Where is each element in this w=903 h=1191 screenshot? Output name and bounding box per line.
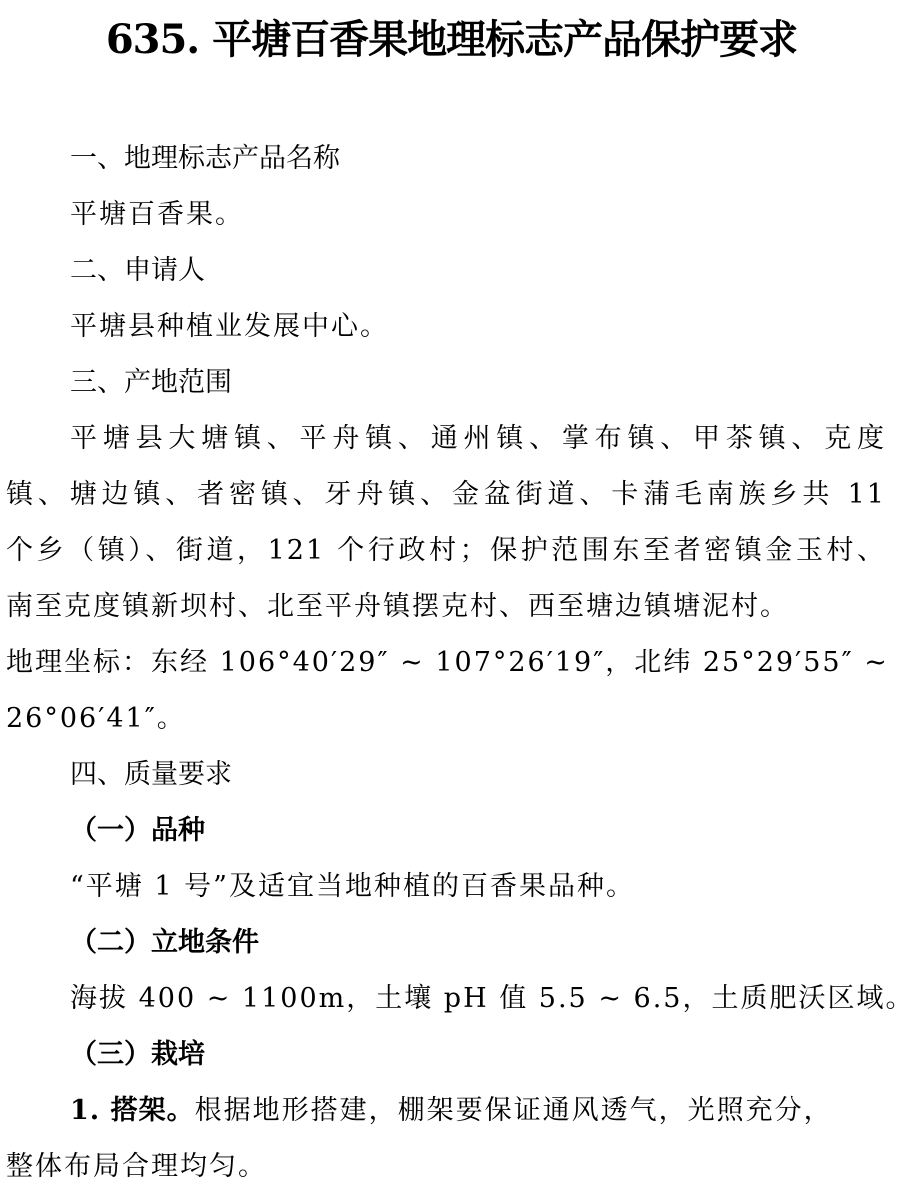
origin-area-line: 南至克度镇新坝村、北至平舟镇摆克村、西至塘边镇塘泥村。 bbox=[6, 587, 789, 627]
origin-area-line: 镇、塘边镇、者密镇、牙舟镇、金盆街道、卡蒲毛南族乡共 11 bbox=[6, 475, 886, 515]
section-body-product-name: 平塘百香果。 bbox=[70, 195, 244, 235]
origin-area-line: 平塘县大塘镇、平舟镇、通州镇、掌布镇、甲茶镇、克度 bbox=[70, 419, 886, 459]
document-title: 635. 平塘百香果地理标志产品保护要求 bbox=[0, 12, 903, 68]
subsection-heading-variety: （一）品种 bbox=[70, 811, 205, 851]
cultivation-item-text: 根据地形搭建，棚架要保证通风透气，光照充分， bbox=[195, 1095, 833, 1126]
subsection-body-variety: “平塘 1 号”及适宜当地种植的百香果品种。 bbox=[70, 867, 635, 907]
section-heading-product-name: 一、地理标志产品名称 bbox=[70, 139, 340, 179]
coordinates-line: 26°06′41″。 bbox=[6, 699, 186, 739]
section-heading-origin-area: 三、产地范围 bbox=[70, 363, 232, 403]
cultivation-item-trellis: 1. 搭架。根据地形搭建，棚架要保证通风透气，光照充分， bbox=[70, 1091, 896, 1131]
subsection-body-site-conditions: 海拔 400 ~ 1100m，土壤 pH 值 5.5 ~ 6.5，土质肥沃区域。 bbox=[70, 979, 903, 1019]
coordinates-line: 地理坐标：东经 106°40′29″ ~ 107°26′19″，北纬 25°29… bbox=[6, 643, 886, 683]
section-heading-applicant: 二、申请人 bbox=[70, 251, 205, 291]
subsection-heading-site-conditions: （二）立地条件 bbox=[70, 923, 259, 963]
cultivation-item-trellis-continued: 整体布局合理均匀。 bbox=[6, 1147, 267, 1187]
origin-area-line: 个乡（镇）、街道，121 个行政村；保护范围东至者密镇金玉村、 bbox=[6, 531, 886, 571]
section-body-applicant: 平塘县种植业发展中心。 bbox=[70, 307, 389, 347]
section-heading-quality-requirements: 四、质量要求 bbox=[70, 755, 232, 795]
subsection-heading-cultivation: （三）栽培 bbox=[70, 1035, 205, 1075]
cultivation-item-lead: 1. 搭架。 bbox=[70, 1095, 195, 1126]
